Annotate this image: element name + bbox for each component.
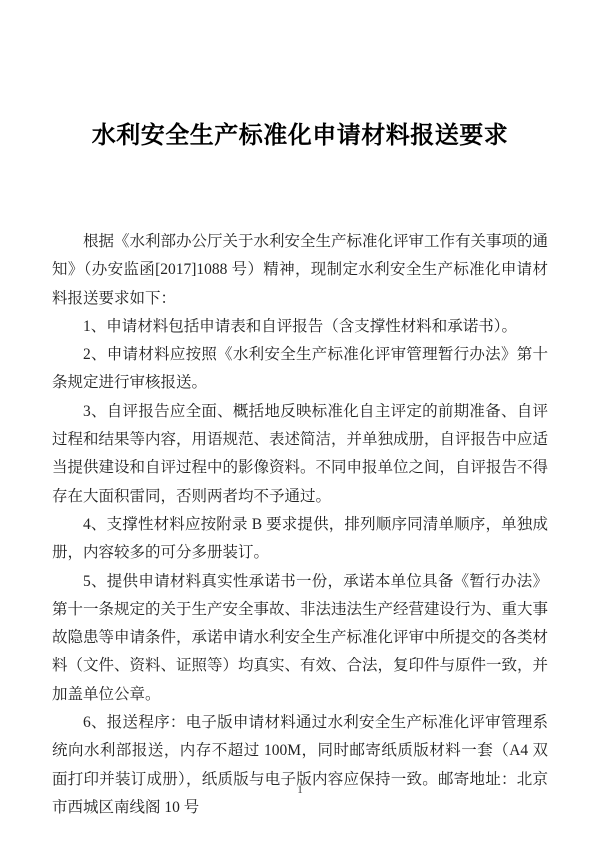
paragraph-item-4: 4、支撑性材料应按附录 B 要求提供，排列顺序同清单顺序，单独成册，内容较多的可… [52, 511, 548, 568]
document-page: 水利安全生产标准化申请材料报送要求 根据《水利部办公厅关于水利安全生产标准化评审… [0, 0, 600, 848]
paragraph-item-3: 3、自评报告应全面、概括地反映标准化自主评定的前期准备、自评过程和结果等内容，用… [52, 398, 548, 511]
paragraph-item-5: 5、提供申请材料真实性承诺书一份，承诺本单位具备《暂行办法》第十一条规定的关于生… [52, 568, 548, 709]
document-title: 水利安全生产标准化申请材料报送要求 [0, 118, 600, 154]
paragraph-intro: 根据《水利部办公厅关于水利安全生产标准化评审工作有关事项的通知》（办安监函[20… [52, 228, 548, 313]
paragraph-item-1: 1、申请材料包括申请表和自评报告（含支撑性材料和承诺书）。 [52, 313, 548, 341]
paragraph-item-6: 6、报送程序：电子版申请材料通过水利安全生产标准化评审管理系统向水利部报送，内存… [52, 709, 548, 822]
document-body: 根据《水利部办公厅关于水利安全生产标准化评审工作有关事项的通知》（办安监函[20… [52, 228, 548, 822]
page-number: 1 [0, 784, 600, 796]
paragraph-item-2: 2、申请材料应按照《水利安全生产标准化评审管理暂行办法》第十条规定进行审核报送。 [52, 341, 548, 398]
